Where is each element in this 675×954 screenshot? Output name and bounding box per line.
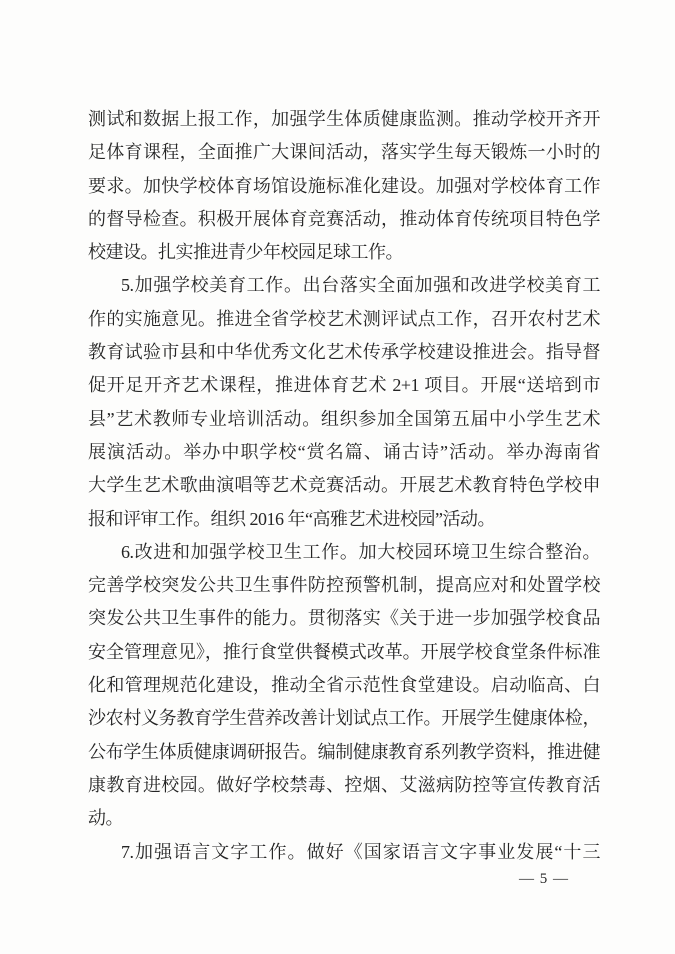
text-line: 要求。加快学校体育场馆设施标准化建设。加强对学校体育工作 bbox=[88, 170, 600, 203]
document-page: 测试和数据上报工作，加强学生体质健康监测。推动学校开齐开 足体育课程，全面推广大… bbox=[0, 0, 675, 954]
text-line: 教育试验市县和中华优秀文化艺术传承学校建设推进会。指导督 bbox=[88, 336, 600, 369]
body-text: 测试和数据上报工作，加强学生体质健康监测。推动学校开齐开 足体育课程，全面推广大… bbox=[88, 103, 600, 869]
text-line: 大学生艺术歌曲演唱等艺术竞赛活动。开展艺术教育特色学校申 bbox=[88, 469, 600, 502]
page-number: — 5 — bbox=[519, 871, 569, 888]
text-line: 沙农村义务教育学生营养改善计划试点工作。开展学生健康体检， bbox=[88, 702, 600, 735]
text-line: 促开足开齐艺术课程，推进体育艺术 2+1 项目。开展“送培到市 bbox=[88, 369, 600, 402]
text-line: 完善学校突发公共卫生事件防控预警机制，提高应对和处置学校 bbox=[88, 569, 600, 602]
text-line: 康教育进校园。做好学校禁毒、控烟、艾滋病防控等宣传教育活 bbox=[88, 769, 600, 802]
text-line: 县”艺术教师专业培训活动。组织参加全国第五届中小学生艺术 bbox=[88, 403, 600, 436]
text-line: 公布学生体质健康调研报告。编制健康教育系列教学资料，推进健 bbox=[88, 736, 600, 769]
text-line: 校建设。扎实推进青少年校园足球工作。 bbox=[88, 236, 600, 269]
text-line-paragraph-start: 7.加强语言文字工作。做好《国家语言文字事业发展“十三 bbox=[88, 836, 600, 869]
text-line: 展演活动。举办中职学校“赏名篇、诵古诗”活动。举办海南省 bbox=[88, 436, 600, 469]
text-line: 测试和数据上报工作，加强学生体质健康监测。推动学校开齐开 bbox=[88, 103, 600, 136]
text-line: 动。 bbox=[88, 802, 600, 835]
text-line: 安全管理意见》，推行食堂供餐模式改革。开展学校食堂条件标准 bbox=[88, 636, 600, 669]
text-line: 足体育课程，全面推广大课间活动，落实学生每天锻炼一小时的 bbox=[88, 136, 600, 169]
text-line: 突发公共卫生事件的能力。贯彻落实《关于进一步加强学校食品 bbox=[88, 602, 600, 635]
text-line: 作的实施意见。推进全省学校艺术测评试点工作，召开农村艺术 bbox=[88, 303, 600, 336]
text-line: 的督导检查。积极开展体育竞赛活动，推动体育传统项目特色学 bbox=[88, 203, 600, 236]
text-line: 报和评审工作。组织 2016 年“高雅艺术进校园”活动。 bbox=[88, 503, 600, 536]
text-line: 化和管理规范化建设，推动全省示范性食堂建设。启动临高、白 bbox=[88, 669, 600, 702]
text-line-paragraph-start: 6.改进和加强学校卫生工作。加大校园环境卫生综合整治。 bbox=[88, 536, 600, 569]
text-line-paragraph-start: 5.加强学校美育工作。出台落实全面加强和改进学校美育工 bbox=[88, 269, 600, 302]
